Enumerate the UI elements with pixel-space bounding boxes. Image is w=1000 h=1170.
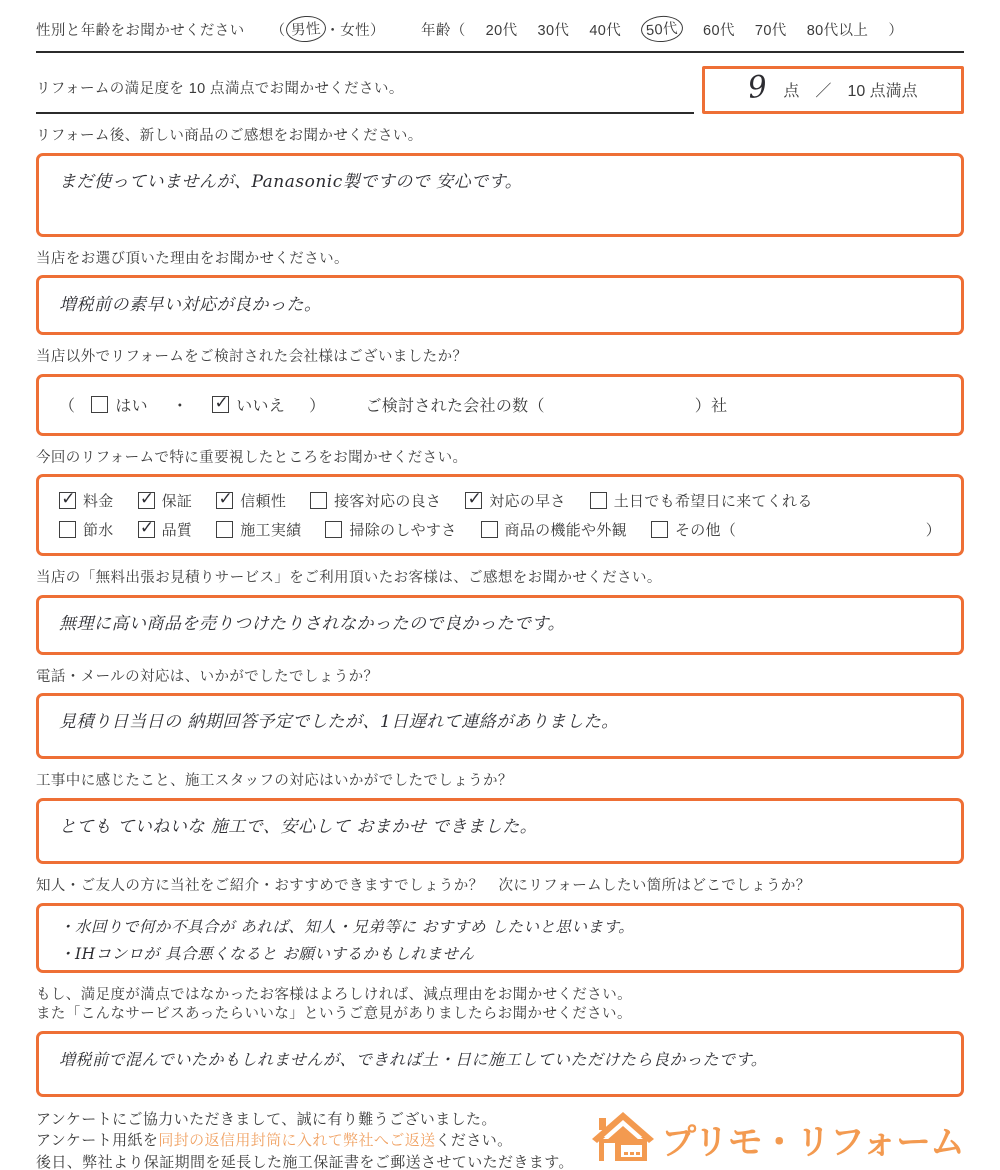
question-label: 当店をお選び頂いた理由をお聞かせください。 xyxy=(36,250,964,270)
question-label: 当店以外でリフォームをご検討された会社様はございましたか？ xyxy=(36,348,964,368)
answer-box-importance[interactable]: ✓料金 ✓保証 ✓信頼性 接客対応の良さ ✓対応の早さ 土日でも希望日に来てくれ… xyxy=(36,474,964,556)
gender-age-row: 性別と年齢をお聞かせください （ 男性 ・女性） 年齢（ 20代 30代 40代… xyxy=(36,16,964,53)
company-logo: プリモ・リフォーム xyxy=(591,1111,964,1170)
checkbox-reliability[interactable]: ✓信頼性 xyxy=(216,490,286,511)
handwritten-answer: 増税前で混んでいたかもしれませんが、できれば土・日に施工していただけたら良かった… xyxy=(59,1050,767,1069)
section-product-impression: リフォーム後、新しい商品のご感想をお聞かせください。 まだ使っていませんが、Pa… xyxy=(36,127,964,237)
paren: （ xyxy=(271,19,286,40)
logo-house-icon xyxy=(591,1111,655,1170)
section-choice-reason: 当店をお選び頂いた理由をお聞かせください。 増税前の素早い対応が良かった。 xyxy=(36,250,964,336)
footer-line-thanks: アンケートにご協力いただきまして、誠に有り難うございました。 xyxy=(36,1109,574,1131)
checkbox-no[interactable]: ✓ いいえ xyxy=(212,393,285,416)
satisfaction-score-box[interactable]: 9 点 ／ 10 点満点 xyxy=(702,66,964,114)
score-max: 10 点満点 xyxy=(847,78,917,101)
question-label: 今回のリフォームで特に重要視したところをお聞かせください。 xyxy=(36,449,964,469)
satisfaction-question: リフォームの満足度を 10 点満点でお聞かせください。 xyxy=(36,65,694,114)
age-options: 年齢（ 20代 30代 40代 50代 60代 70代 80代以上 ） xyxy=(421,16,903,42)
gender-options: （ 男性 ・女性） xyxy=(271,16,385,42)
footer-line-return: アンケート用紙を同封の返信用封筒に入れて弊社へご返送ください。 xyxy=(36,1130,574,1152)
dot-separator: ・ xyxy=(172,393,188,416)
answer-box-phone-email[interactable]: 見積り日当日の 納期回答予定でしたが、1日遅れて連絡がありました。 xyxy=(36,693,964,759)
age-option-20s[interactable]: 20代 xyxy=(486,19,518,40)
checkbox-no-box[interactable]: ✓ xyxy=(212,396,229,413)
checkbox-yes-label: はい xyxy=(115,393,148,416)
question-label: 工事中に感じたこと、施工スタッフの対応はいかがでしたでしょうか？ xyxy=(36,772,964,792)
section-importance: 今回のリフォームで特に重要視したところをお聞かせください。 ✓料金 ✓保証 ✓信… xyxy=(36,449,964,557)
checkbox-no-label: いいえ xyxy=(236,393,285,416)
handwritten-answer: まだ使っていませんが、Panasonic製ですので 安心です。 xyxy=(59,172,522,192)
section-other-companies: 当店以外でリフォームをご検討された会社様はございましたか？ （ はい ・ ✓ い… xyxy=(36,348,964,436)
yes-no-row: （ はい ・ ✓ いいえ ） ご検討された会社の数（ ）社 xyxy=(59,393,941,416)
checkbox-customer-service[interactable]: 接客対応の良さ xyxy=(310,490,441,511)
section-referral: 知人・ご友人の方に当社をご紹介・おすすめできますでしょうか？ 次にリフォームした… xyxy=(36,877,964,973)
age-option-60s[interactable]: 60代 xyxy=(703,19,735,40)
importance-row-1: ✓料金 ✓保証 ✓信頼性 接客対応の良さ ✓対応の早さ 土日でも希望日に来てくれ… xyxy=(59,490,941,511)
answer-box-other-companies[interactable]: （ はい ・ ✓ いいえ ） ご検討された会社の数（ ）社 xyxy=(36,374,964,436)
other-close-paren: ） xyxy=(926,519,941,540)
question-label: 電話・メールの対応は、いかがでしたでしょうか？ xyxy=(36,668,964,688)
section-phone-email: 電話・メールの対応は、いかがでしたでしょうか？ 見積り日当日の 納期回答予定でし… xyxy=(36,668,964,760)
section-estimate-service: 当店の「無料出張お見積りサービス」をご利用頂いたお客様は、ご感想をお聞かせくださ… xyxy=(36,569,964,655)
checkbox-track-record[interactable]: 施工実績 xyxy=(216,519,301,540)
age-label: 年齢（ xyxy=(421,19,466,40)
satisfaction-score-value: 9 xyxy=(747,69,770,106)
answer-box-construction-staff[interactable]: とても ていねいな 施工で、安心して おまかせ できました。 xyxy=(36,798,964,864)
footer-text: アンケートにご協力いただきまして、誠に有り難うございました。 アンケート用紙を同… xyxy=(36,1109,574,1170)
logo-text: プリモ・リフォーム xyxy=(661,1115,964,1165)
gender-option-male-selected[interactable]: 男性 xyxy=(285,15,327,44)
handwritten-answer-line: ・IHコンロが 具合悪くなると お願いするかもしれません xyxy=(59,941,941,969)
question-label: 知人・ご友人の方に当社をご紹介・おすすめできますでしょうか？ 次にリフォームした… xyxy=(36,877,964,897)
question-label-line: もし、満足度が満点ではなかったお客様はよろしければ、減点理由をお聞かせください。 xyxy=(36,986,964,1006)
score-unit: 点 xyxy=(783,78,799,101)
question-label-line: また「こんなサービスあったらいいな」というご意見がありましたらお聞かせください。 xyxy=(36,1005,964,1025)
answer-box-product-impression[interactable]: まだ使っていませんが、Panasonic製ですので 安心です。 xyxy=(36,153,964,237)
footer-return-highlight: 同封の返信用封筒に入れて弊社へご返送 xyxy=(158,1132,435,1149)
age-option-40s[interactable]: 40代 xyxy=(589,19,621,40)
handwritten-answer: とても ていねいな 施工で、安心して おまかせ できました。 xyxy=(59,817,537,837)
paren: （ xyxy=(59,393,75,416)
checkbox-yes-box[interactable] xyxy=(91,396,108,413)
checkbox-easy-cleaning[interactable]: 掃除のしやすさ xyxy=(325,519,456,540)
importance-row-2: 節水 ✓品質 施工実績 掃除のしやすさ 商品の機能や外観 その他（ ） xyxy=(59,519,941,540)
paren: ） xyxy=(309,393,325,416)
handwritten-answer-line: ・水回りで何か不具合が あれば、知人・兄弟等に おすすめ したいと思います。 xyxy=(59,914,941,942)
checkbox-yes[interactable]: はい xyxy=(91,393,148,416)
gender-option-female[interactable]: ・女性） xyxy=(325,19,385,40)
company-count-label: ご検討された会社の数（ xyxy=(365,393,544,416)
checkbox-fee[interactable]: ✓料金 xyxy=(59,490,114,511)
satisfaction-row: リフォームの満足度を 10 点満点でお聞かせください。 9 点 ／ 10 点満点 xyxy=(36,65,964,114)
answer-box-deduction-reason[interactable]: 増税前で混んでいたかもしれませんが、できれば土・日に施工していただけたら良かった… xyxy=(36,1031,964,1097)
checkbox-water-saving[interactable]: 節水 xyxy=(59,519,114,540)
gender-age-question: 性別と年齢をお聞かせください xyxy=(36,19,245,40)
checkbox-warranty[interactable]: ✓保証 xyxy=(138,490,193,511)
age-option-30s[interactable]: 30代 xyxy=(537,19,569,40)
checkbox-weekend-visit[interactable]: 土日でも希望日に来てくれる xyxy=(590,490,813,511)
question-label: 当店の「無料出張お見積りサービス」をご利用頂いたお客様は、ご感想をお聞かせくださ… xyxy=(36,569,964,589)
footer: アンケートにご協力いただきまして、誠に有り難うございました。 アンケート用紙を同… xyxy=(36,1109,964,1170)
answer-box-estimate-service[interactable]: 無理に高い商品を売りつけたりされなかったので良かったです。 xyxy=(36,595,964,655)
age-option-80s[interactable]: 80代以上 xyxy=(807,19,869,40)
age-option-50s-selected[interactable]: 50代 xyxy=(640,15,684,44)
checkbox-other[interactable]: その他（ xyxy=(651,519,736,540)
handwritten-answer: 無理に高い商品を売りつけたりされなかったので良かったです。 xyxy=(59,610,565,639)
score-slash: ／ xyxy=(815,78,831,101)
paren: ） xyxy=(888,19,903,40)
age-option-70s[interactable]: 70代 xyxy=(755,19,787,40)
handwritten-answer: 増税前の素早い対応が良かった。 xyxy=(59,291,322,320)
checkbox-quality[interactable]: ✓品質 xyxy=(138,519,193,540)
section-deduction-reason: もし、満足度が満点ではなかったお客様はよろしければ、減点理由をお聞かせください。… xyxy=(36,986,964,1097)
answer-box-referral[interactable]: ・水回りで何か不具合が あれば、知人・兄弟等に おすすめ したいと思います。 ・… xyxy=(36,903,964,973)
section-construction-staff: 工事中に感じたこと、施工スタッフの対応はいかがでしたでしょうか？ とても ていね… xyxy=(36,772,964,864)
checkbox-response-speed[interactable]: ✓対応の早さ xyxy=(465,490,566,511)
handwritten-answer: 見積り日当日の 納期回答予定でしたが、1日遅れて連絡がありました。 xyxy=(59,712,619,732)
checkbox-features-appearance[interactable]: 商品の機能や外観 xyxy=(481,519,627,540)
footer-line-warranty: 後日、弊社より保証期間を延長した施工保証書をご郵送させていただきます。 xyxy=(36,1152,574,1170)
question-label: リフォーム後、新しい商品のご感想をお聞かせください。 xyxy=(36,127,964,147)
answer-box-choice-reason[interactable]: 増税前の素早い対応が良かった。 xyxy=(36,275,964,335)
survey-page: 性別と年齢をお聞かせください （ 男性 ・女性） 年齢（ 20代 30代 40代… xyxy=(0,0,1000,1170)
company-count-close: ）社 xyxy=(695,393,728,416)
